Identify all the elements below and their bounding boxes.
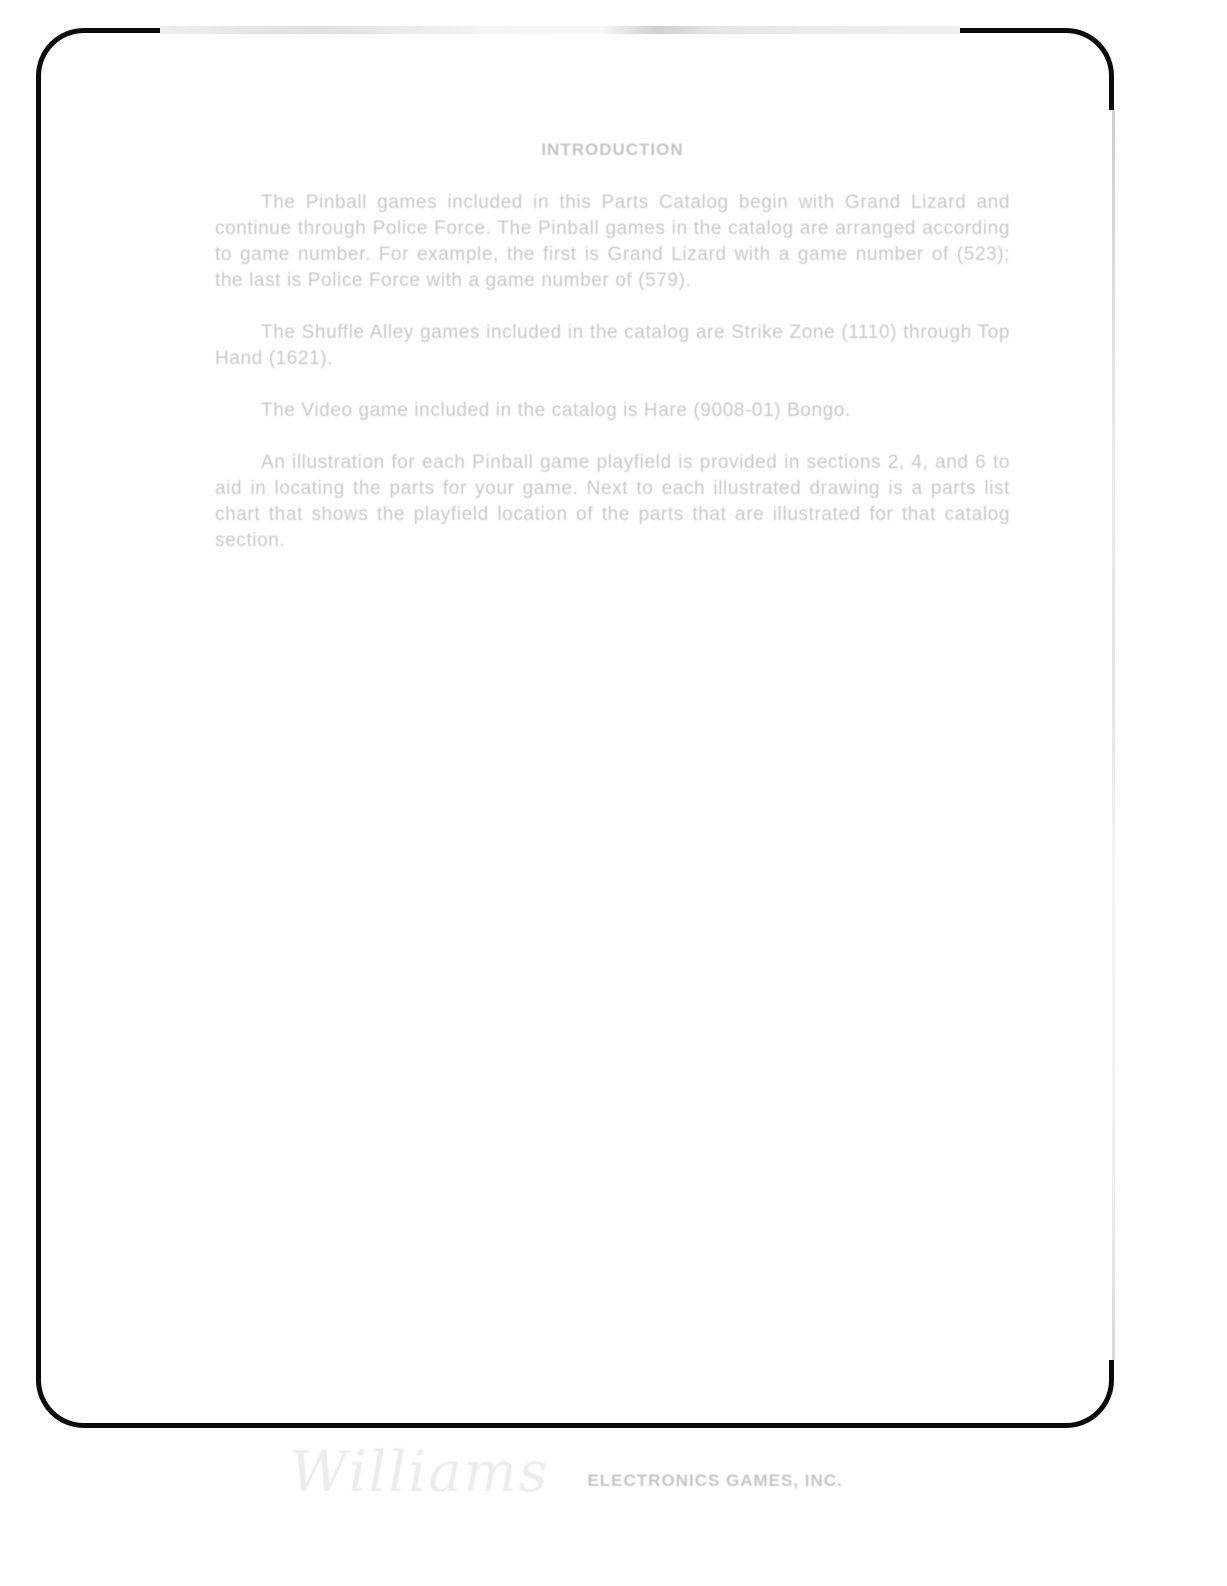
company-name: ELECTRONICS GAMES, INC. (587, 1471, 842, 1491)
page-footer: Williams ELECTRONICS GAMES, INC. (290, 1440, 843, 1505)
williams-logo: Williams (290, 1440, 549, 1505)
frame-faint-right-line (1112, 110, 1115, 1360)
scan-artifact-strip-overlay (160, 26, 960, 34)
page-heading: INTRODUCTION (215, 140, 1010, 160)
paragraph-shuffle-alley: The Shuffle Alley games included in the … (215, 320, 1010, 372)
paragraph-video-game: The Video game included in the catalog i… (215, 398, 1010, 424)
paragraph-illustrations: An illustration for each Pinball game pl… (215, 450, 1010, 554)
paragraph-pinball-games: The Pinball games included in this Parts… (215, 190, 1010, 294)
page-content: INTRODUCTION The Pinball games included … (215, 140, 1010, 580)
